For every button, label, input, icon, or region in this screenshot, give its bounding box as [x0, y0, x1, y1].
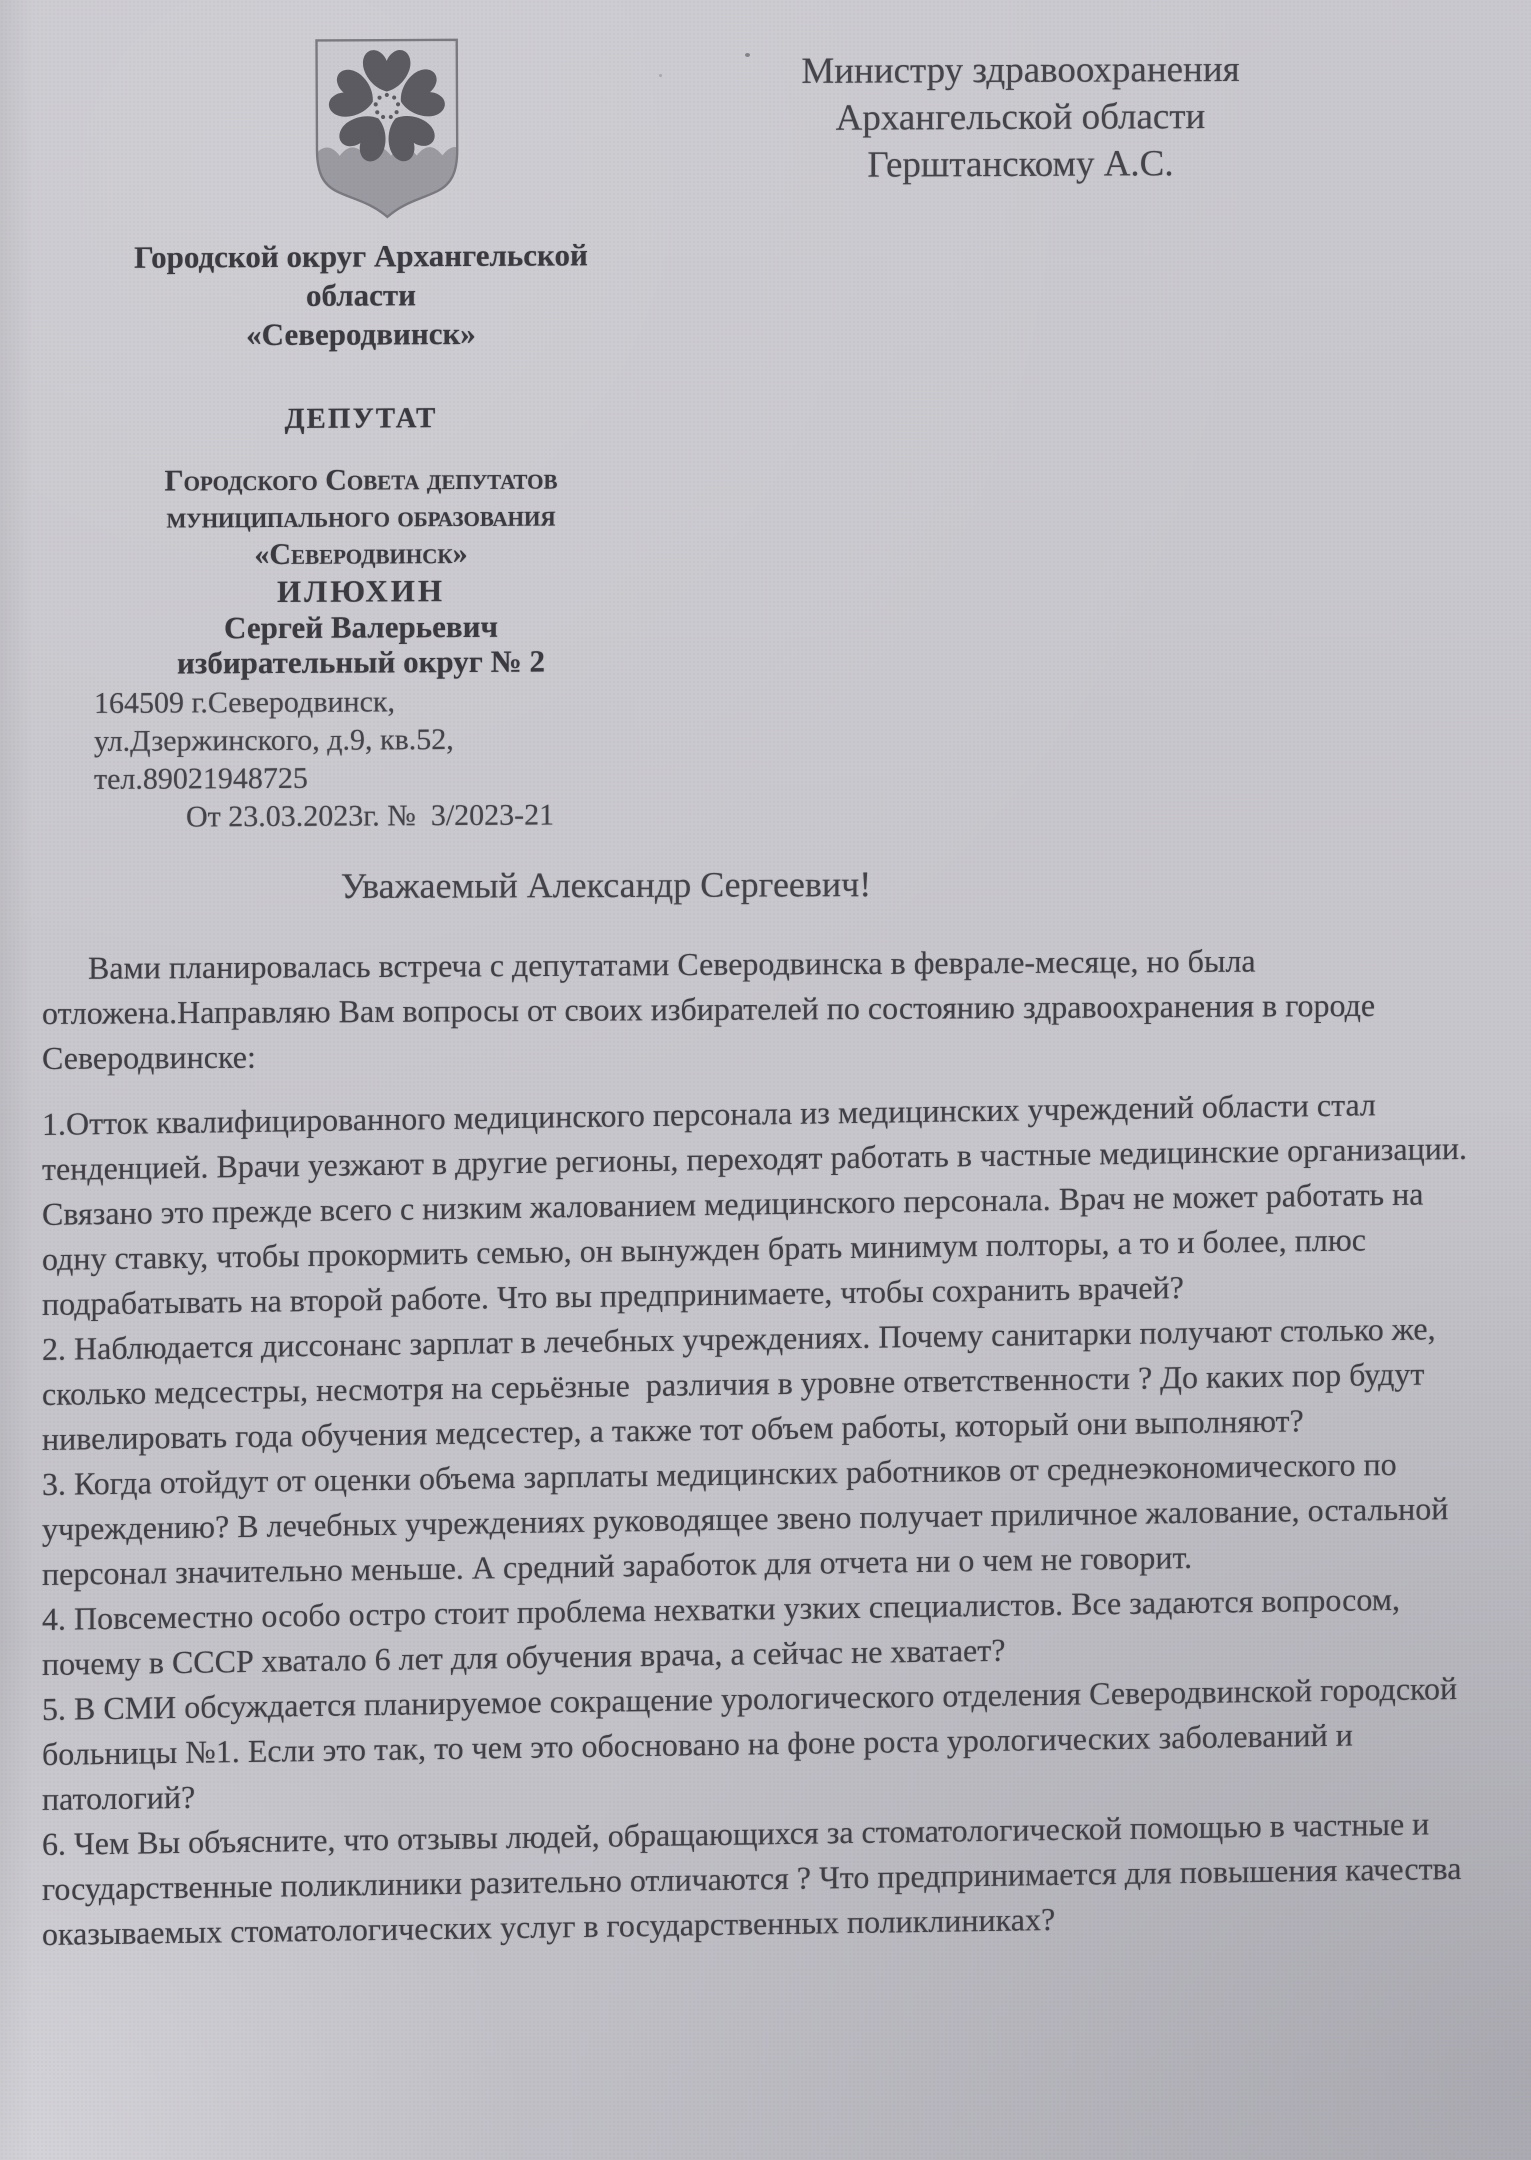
sender-address-line: 164509 г.Северодвинск,: [94, 682, 642, 723]
sender-phone: тел.89021948725: [94, 758, 642, 799]
question-item-1: 1.Отток квалифицированного медицинского …: [42, 1081, 1490, 1327]
sender-org-line: Городской округ Архангельской: [80, 235, 642, 277]
question-item-6: 6. Чем Вы объясните, что отзывы людей, о…: [42, 1801, 1490, 1957]
council-line: Городского Совета депутатов: [80, 460, 642, 500]
recipient-line-3: Герштанскому А.С.: [768, 140, 1273, 189]
sender-address-line: ул.Дзержинского, д.9, кв.52,: [94, 720, 642, 761]
dust-speck: [659, 74, 662, 77]
scanned-letter-page: Министру здравоохранения Архангельской о…: [0, 0, 1531, 2160]
deputy-name: Сергей Валерьевич: [80, 609, 642, 646]
council-block: Городского Совета депутатов муниципально…: [80, 460, 642, 574]
deputy-title: ДЕПУТАТ: [80, 401, 642, 437]
questions-list: 1.Отток квалифицированного медицинского …: [42, 1081, 1490, 1957]
letter-reference: От 23.03.2023г. № 3/2023-21: [94, 796, 642, 837]
recipient-line-1: Министру здравоохранения: [768, 46, 1273, 95]
council-line: «Северодвинск»: [80, 534, 642, 574]
question-item-5: 5. В СМИ обсуждается планируемое сокраще…: [42, 1666, 1490, 1822]
question-item-2: 2. Наблюдается диссонанс зарплат в лечеб…: [42, 1306, 1490, 1462]
deputy-surname: ИЛЮХИН: [80, 571, 642, 612]
salutation: Уважаемый Александр Сергеевич!: [40, 862, 1172, 908]
sender-org-line: «Северодвинск»: [80, 313, 642, 355]
letter-body: Вами планировалась встреча с депутатами …: [42, 937, 1490, 1957]
dust-speck: [745, 53, 750, 57]
sender-block: Городской округ Архангельской области «С…: [80, 235, 642, 837]
severodvinsk-coat-of-arms-icon: [308, 33, 467, 228]
sender-address: 164509 г.Северодвинск, ул.Дзержинского, …: [80, 682, 642, 837]
sender-org-line: области: [80, 274, 642, 316]
recipient-block: Министру здравоохранения Архангельской о…: [768, 46, 1273, 189]
council-line: муниципального образования: [80, 497, 642, 537]
question-item-3: 3. Когда отойдут от оценки объема зарпла…: [42, 1441, 1490, 1597]
electoral-district: избирательный округ № 2: [80, 643, 642, 682]
recipient-line-2: Архангельской области: [768, 93, 1273, 142]
intro-paragraph: Вами планировалась встреча с депутатами …: [42, 937, 1490, 1081]
